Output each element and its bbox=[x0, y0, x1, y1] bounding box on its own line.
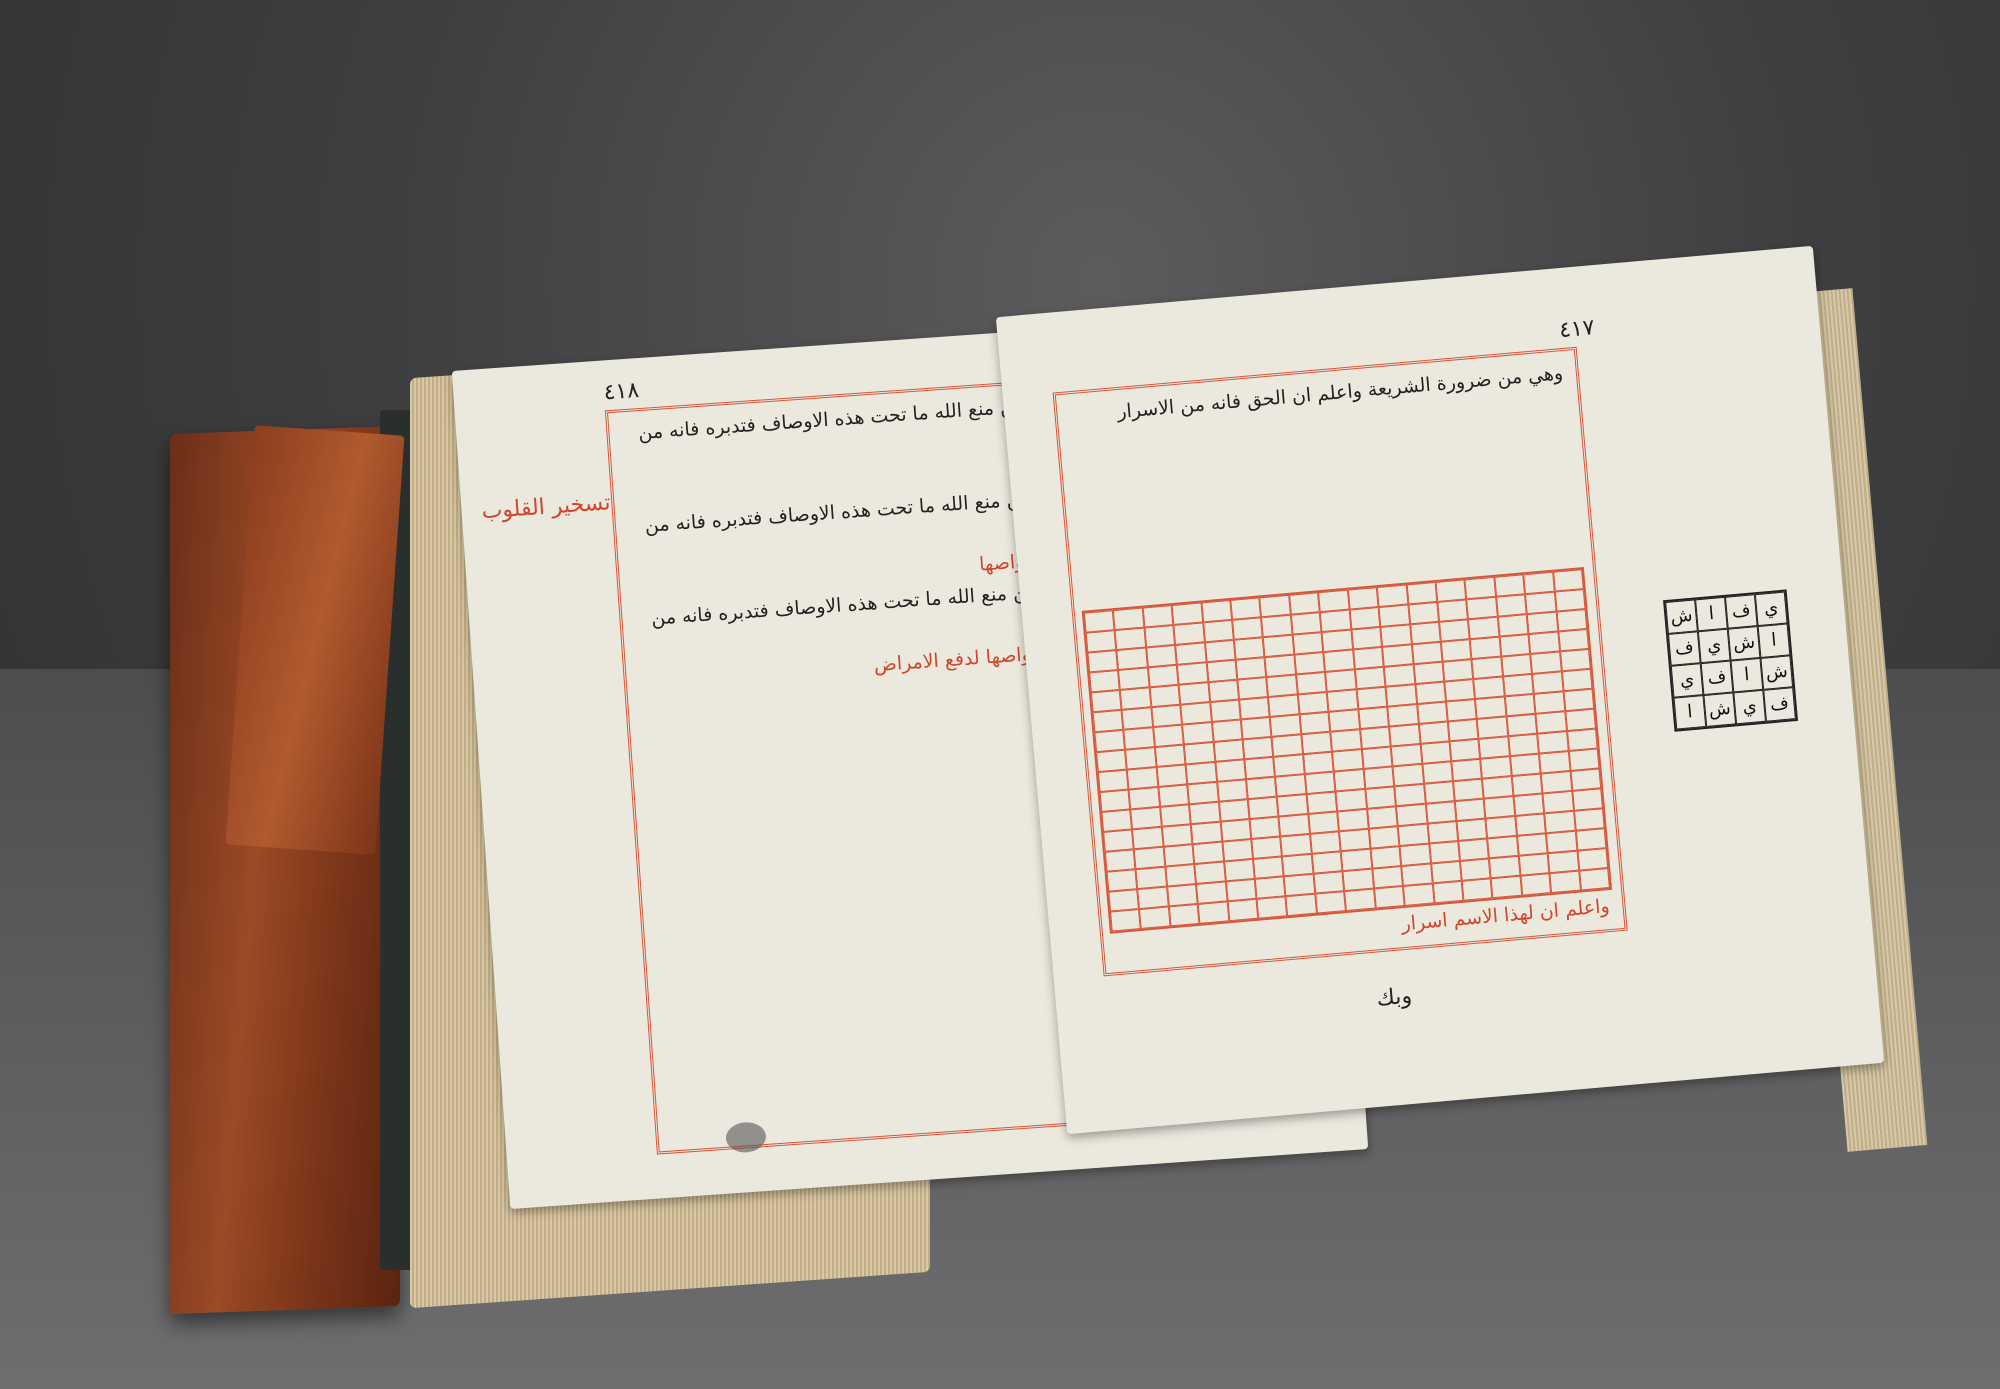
grid-cell bbox=[1131, 807, 1162, 829]
grid-cell bbox=[1224, 859, 1255, 881]
grid-cell bbox=[1086, 630, 1117, 652]
grid-cell bbox=[1239, 697, 1270, 719]
grid-cell bbox=[1482, 776, 1513, 798]
right-page: ٤١٧ وهي من ضرورة الشريعة واعلم ان الحق ف… bbox=[996, 246, 1884, 1134]
grid-cell bbox=[1215, 759, 1246, 781]
grid-cell bbox=[1175, 642, 1206, 664]
grid-cell bbox=[1292, 632, 1323, 654]
grid-cell bbox=[1358, 707, 1389, 729]
grid-cell bbox=[1568, 748, 1599, 770]
grid-cell bbox=[1177, 662, 1208, 684]
grid-cell bbox=[1527, 612, 1558, 634]
grid-cell bbox=[1398, 824, 1429, 846]
grid-cell bbox=[1107, 869, 1138, 891]
grid-cell bbox=[1374, 886, 1405, 908]
grid-cell bbox=[1508, 734, 1539, 756]
grid-cell bbox=[1565, 709, 1596, 731]
grid-cell bbox=[1343, 869, 1374, 891]
grid-cell bbox=[1367, 806, 1398, 828]
grid-cell bbox=[1151, 705, 1182, 727]
grid-cell bbox=[1105, 849, 1136, 871]
grid-cell bbox=[1339, 829, 1370, 851]
grid-cell bbox=[1400, 844, 1431, 866]
grid-cell bbox=[1529, 631, 1560, 653]
grid-cell bbox=[1413, 662, 1444, 684]
grid-cell bbox=[1189, 802, 1220, 824]
grid-cell bbox=[1127, 767, 1158, 789]
grid-cell bbox=[1289, 592, 1320, 614]
grid-cell bbox=[1122, 707, 1153, 729]
grid-cell bbox=[1520, 873, 1551, 895]
grid-cell bbox=[1320, 610, 1351, 632]
grid-cell bbox=[1270, 714, 1301, 736]
grid-cell bbox=[1118, 667, 1149, 689]
grid-cell bbox=[1274, 754, 1305, 776]
grid-cell bbox=[1113, 608, 1144, 630]
grid-cell bbox=[1349, 607, 1380, 629]
grid-cell bbox=[1191, 822, 1222, 844]
grid-cell bbox=[1560, 649, 1591, 671]
grid-cell bbox=[1506, 714, 1537, 736]
grid-cell bbox=[1498, 614, 1529, 636]
grid-cell bbox=[1377, 585, 1408, 607]
grid-cell bbox=[1360, 727, 1391, 749]
grid-cell bbox=[1382, 644, 1413, 666]
grid-cell bbox=[1393, 764, 1424, 786]
grid-cell bbox=[1537, 731, 1568, 753]
grid-cell bbox=[1232, 617, 1263, 639]
talismanic-grid bbox=[1082, 567, 1612, 934]
grid-cell bbox=[1255, 876, 1286, 898]
grid-cell bbox=[1548, 851, 1579, 873]
grid-cell bbox=[1248, 797, 1279, 819]
grid-cell bbox=[1236, 657, 1267, 679]
grid-cell bbox=[1491, 876, 1522, 898]
grid-cell bbox=[1246, 777, 1277, 799]
grid-cell bbox=[1243, 737, 1274, 759]
grid-cell bbox=[1444, 679, 1475, 701]
grid-cell bbox=[1244, 757, 1275, 779]
grid-cell bbox=[1156, 764, 1187, 786]
magic-square: ش ا ف ي ف ي ش ا ي ف ا ش ا ش ي ف bbox=[1663, 589, 1798, 731]
grid-cell bbox=[1437, 599, 1468, 621]
grid-cell bbox=[1525, 592, 1556, 614]
grid-cell bbox=[1222, 839, 1253, 861]
grid-cell bbox=[1163, 844, 1194, 866]
grid-cell bbox=[1313, 871, 1344, 893]
grid-cell bbox=[1370, 846, 1401, 868]
grid-cell bbox=[1110, 909, 1141, 931]
grid-cell bbox=[1219, 799, 1250, 821]
grid-cell bbox=[1534, 691, 1565, 713]
grid-cell bbox=[1230, 597, 1261, 619]
grid-cell bbox=[1558, 629, 1589, 651]
grid-cell bbox=[1510, 754, 1541, 776]
grid-cell bbox=[1474, 676, 1505, 698]
grid-cell bbox=[1472, 657, 1503, 679]
grid-cell bbox=[1212, 719, 1243, 741]
grid-cell bbox=[1479, 736, 1510, 758]
grid-cell bbox=[1353, 647, 1384, 669]
grid-cell bbox=[1125, 747, 1156, 769]
grid-cell bbox=[1108, 889, 1139, 911]
grid-cell bbox=[1577, 848, 1608, 870]
grid-cell bbox=[1096, 750, 1127, 772]
grid-cell bbox=[1570, 768, 1601, 790]
grid-cell bbox=[1148, 665, 1179, 687]
grid-cell bbox=[1389, 724, 1420, 746]
grid-cell bbox=[1496, 594, 1527, 616]
grid-cell bbox=[1174, 622, 1205, 644]
grid-cell bbox=[1468, 617, 1499, 639]
grid-cell bbox=[1250, 817, 1281, 839]
magic-cell: ش bbox=[1703, 692, 1736, 726]
grid-cell bbox=[1330, 729, 1361, 751]
grid-cell bbox=[1429, 841, 1460, 863]
grid-cell bbox=[1179, 682, 1210, 704]
grid-cell bbox=[1291, 612, 1322, 634]
grid-cell bbox=[1206, 660, 1237, 682]
grid-cell bbox=[1484, 796, 1515, 818]
grid-cell bbox=[1089, 670, 1120, 692]
grid-cell bbox=[1379, 604, 1410, 626]
grid-cell bbox=[1310, 831, 1341, 853]
grid-cell bbox=[1226, 879, 1257, 901]
grid-cell bbox=[1296, 672, 1327, 694]
grid-cell bbox=[1422, 761, 1453, 783]
grid-cell bbox=[1162, 824, 1193, 846]
grid-cell bbox=[1401, 863, 1432, 885]
grid-cell bbox=[1418, 721, 1449, 743]
grid-cell bbox=[1325, 669, 1356, 691]
grid-cell bbox=[1268, 694, 1299, 716]
magic-cell: ي bbox=[1698, 629, 1731, 663]
grid-cell bbox=[1298, 692, 1329, 714]
grid-cell bbox=[1094, 730, 1125, 752]
grid-cell bbox=[1208, 680, 1239, 702]
grid-cell bbox=[1301, 732, 1332, 754]
magic-cell: ا bbox=[1674, 695, 1707, 729]
grid-cell bbox=[1453, 779, 1484, 801]
grid-cell bbox=[1446, 699, 1477, 721]
grid-cell bbox=[1098, 770, 1129, 792]
grid-cell bbox=[1355, 667, 1386, 689]
catchword: وبك bbox=[1376, 984, 1413, 1012]
grid-cell bbox=[1417, 702, 1448, 724]
grid-cell bbox=[1411, 642, 1442, 664]
grid-cell bbox=[1181, 702, 1212, 724]
grid-cell bbox=[1160, 804, 1191, 826]
grid-cell bbox=[1155, 745, 1186, 767]
grid-cell bbox=[1513, 793, 1544, 815]
grid-cell bbox=[1441, 639, 1472, 661]
grid-cell bbox=[1251, 836, 1282, 858]
grid-cell bbox=[1369, 826, 1400, 848]
grid-cell bbox=[1431, 861, 1462, 883]
grid-cell bbox=[1091, 690, 1122, 712]
grid-cell bbox=[1322, 630, 1353, 652]
grid-cell bbox=[1563, 689, 1594, 711]
grid-cell bbox=[1117, 647, 1148, 669]
grid-cell bbox=[1410, 622, 1441, 644]
grid-cell bbox=[1456, 819, 1487, 841]
grid-cell bbox=[1396, 804, 1427, 826]
grid-cell bbox=[1084, 610, 1115, 632]
grid-cell bbox=[1348, 587, 1379, 609]
grid-cell bbox=[1363, 766, 1394, 788]
grid-cell bbox=[1515, 813, 1546, 835]
grid-cell bbox=[1241, 717, 1272, 739]
grid-cell bbox=[1567, 729, 1598, 751]
grid-cell bbox=[1448, 719, 1479, 741]
grid-cell bbox=[1144, 625, 1175, 647]
grid-cell bbox=[1387, 704, 1418, 726]
grid-cell bbox=[1460, 858, 1491, 880]
grid-cell bbox=[1372, 866, 1403, 888]
magic-cell: ي bbox=[1733, 690, 1766, 724]
grid-cell bbox=[1451, 759, 1482, 781]
grid-cell bbox=[1253, 856, 1284, 878]
grid-cell bbox=[1158, 784, 1189, 806]
grid-cell bbox=[1572, 788, 1603, 810]
grid-cell bbox=[1194, 861, 1225, 883]
grid-cell bbox=[1186, 762, 1217, 784]
grid-cell bbox=[1308, 811, 1339, 833]
grid-cell bbox=[1329, 709, 1360, 731]
grid-cell bbox=[1362, 746, 1393, 768]
grid-cell bbox=[1182, 722, 1213, 744]
grid-cell bbox=[1470, 637, 1501, 659]
grid-cell bbox=[1544, 811, 1575, 833]
grid-cell bbox=[1406, 582, 1437, 604]
grid-cell bbox=[1420, 741, 1451, 763]
grid-cell bbox=[1517, 833, 1548, 855]
grid-cell bbox=[1384, 664, 1415, 686]
grid-cell bbox=[1425, 801, 1456, 823]
grid-cell bbox=[1187, 782, 1218, 804]
magic-cell: ف bbox=[1668, 631, 1701, 665]
grid-cell bbox=[1217, 779, 1248, 801]
grid-cell bbox=[1275, 774, 1306, 796]
grid-cell bbox=[1167, 884, 1198, 906]
magic-cell: ا bbox=[1758, 623, 1791, 657]
grid-cell bbox=[1169, 904, 1200, 926]
grid-cell bbox=[1494, 574, 1525, 596]
grid-cell bbox=[1561, 669, 1592, 691]
grid-cell bbox=[1532, 671, 1563, 693]
grid-cell bbox=[1234, 637, 1265, 659]
magic-cell: ي bbox=[1671, 663, 1704, 697]
grid-cell bbox=[1312, 851, 1343, 873]
grid-cell bbox=[1101, 809, 1132, 831]
grid-cell bbox=[1265, 655, 1296, 677]
left-page-number: ٤١٨ bbox=[603, 378, 640, 405]
grid-cell bbox=[1260, 595, 1291, 617]
grid-cell bbox=[1257, 896, 1288, 918]
grid-cell bbox=[1220, 819, 1251, 841]
grid-cell bbox=[1554, 589, 1585, 611]
grid-cell bbox=[1391, 744, 1422, 766]
grid-cell bbox=[1138, 887, 1169, 909]
grid-cell bbox=[1332, 749, 1363, 771]
grid-cell bbox=[1336, 789, 1367, 811]
grid-cell bbox=[1305, 772, 1336, 794]
grid-cell bbox=[1351, 627, 1382, 649]
grid-cell bbox=[1284, 874, 1315, 896]
magic-cell: ي bbox=[1755, 592, 1788, 626]
grid-cell bbox=[1462, 878, 1493, 900]
grid-cell bbox=[1337, 809, 1368, 831]
grid-cell bbox=[1324, 649, 1355, 671]
grid-cell bbox=[1477, 716, 1508, 738]
grid-cell bbox=[1146, 645, 1177, 667]
magic-cell: ا bbox=[1731, 658, 1764, 692]
grid-cell bbox=[1365, 786, 1396, 808]
grid-cell bbox=[1132, 827, 1163, 849]
grid-cell bbox=[1210, 700, 1241, 722]
leather-flap bbox=[226, 425, 405, 854]
grid-cell bbox=[1541, 771, 1572, 793]
magic-cell: ش bbox=[1760, 655, 1793, 689]
grid-cell bbox=[1486, 816, 1517, 838]
grid-cell bbox=[1512, 774, 1543, 796]
grid-cell bbox=[1465, 577, 1496, 599]
grid-cell bbox=[1184, 742, 1215, 764]
grid-cell bbox=[1282, 854, 1313, 876]
grid-cell bbox=[1436, 579, 1467, 601]
grid-cell bbox=[1334, 769, 1365, 791]
grid-cell bbox=[1205, 640, 1236, 662]
grid-cell bbox=[1523, 572, 1554, 594]
grid-cell bbox=[1386, 684, 1417, 706]
grid-cell bbox=[1394, 784, 1425, 806]
grid-cell bbox=[1341, 849, 1372, 871]
grid-cell bbox=[1442, 659, 1473, 681]
grid-cell bbox=[1530, 651, 1561, 673]
grid-cell bbox=[1543, 791, 1574, 813]
manuscript-book: ٤١٨ وهي من منع الله ما تحت هذه الاوصاف ف… bbox=[150, 280, 1890, 1300]
grid-cell bbox=[1550, 871, 1581, 893]
grid-cell bbox=[1539, 751, 1570, 773]
grid-cell bbox=[1315, 891, 1346, 913]
grid-cell bbox=[1458, 838, 1489, 860]
magic-cell: ف bbox=[1763, 687, 1796, 721]
grid-cell bbox=[1356, 687, 1387, 709]
grid-cell bbox=[1237, 677, 1268, 699]
grid-cell bbox=[1455, 799, 1486, 821]
magic-cell: ف bbox=[1701, 661, 1734, 695]
right-page-number: ٤١٧ bbox=[1558, 315, 1595, 343]
magic-cell: ش bbox=[1665, 599, 1698, 633]
grid-cell bbox=[1318, 590, 1349, 612]
grid-cell bbox=[1134, 847, 1165, 869]
grid-cell bbox=[1344, 889, 1375, 911]
grid-cell bbox=[1100, 789, 1131, 811]
grid-cell bbox=[1467, 597, 1498, 619]
grid-cell bbox=[1129, 787, 1160, 809]
grid-cell bbox=[1505, 694, 1536, 716]
grid-cell bbox=[1499, 634, 1530, 656]
grid-cell bbox=[1574, 808, 1605, 830]
grid-cell bbox=[1143, 605, 1174, 627]
grid-cell bbox=[1518, 853, 1549, 875]
grid-cell bbox=[1136, 867, 1167, 889]
grid-cell bbox=[1203, 620, 1234, 642]
grid-cell bbox=[1120, 687, 1151, 709]
grid-cell bbox=[1149, 685, 1180, 707]
grid-cell bbox=[1579, 868, 1610, 890]
grid-cell bbox=[1286, 894, 1317, 916]
grid-cell bbox=[1546, 831, 1577, 853]
grid-cell bbox=[1103, 829, 1134, 851]
grid-cell bbox=[1277, 794, 1308, 816]
grid-cell bbox=[1503, 674, 1534, 696]
grid-cell bbox=[1480, 756, 1511, 778]
grid-cell bbox=[1153, 725, 1184, 747]
grid-cell bbox=[1196, 881, 1227, 903]
grid-cell bbox=[1198, 901, 1229, 923]
magic-cell: ف bbox=[1725, 594, 1758, 628]
grid-cell bbox=[1261, 615, 1292, 637]
grid-cell bbox=[1201, 600, 1232, 622]
grid-cell bbox=[1299, 712, 1330, 734]
grid-cell bbox=[1213, 739, 1244, 761]
grid-cell bbox=[1124, 727, 1155, 749]
grid-cell bbox=[1403, 883, 1434, 905]
grid-cell bbox=[1087, 650, 1118, 672]
grid-cell bbox=[1439, 619, 1470, 641]
grid-cell bbox=[1227, 899, 1258, 921]
grid-cell bbox=[1475, 696, 1506, 718]
grid-cell bbox=[1449, 739, 1480, 761]
grid-cell bbox=[1139, 906, 1170, 928]
grid-cell bbox=[1093, 710, 1124, 732]
grid-cell bbox=[1115, 628, 1146, 650]
grid-cell bbox=[1553, 569, 1584, 591]
grid-cell bbox=[1327, 689, 1358, 711]
grid-cell bbox=[1306, 791, 1337, 813]
grid-cell bbox=[1432, 881, 1463, 903]
grid-cell bbox=[1489, 856, 1520, 878]
grid-cell bbox=[1427, 821, 1458, 843]
grid-cell bbox=[1575, 828, 1606, 850]
grid-cell bbox=[1536, 711, 1567, 733]
grid-cell bbox=[1487, 836, 1518, 858]
grid-cell bbox=[1193, 842, 1224, 864]
grid-cell bbox=[1303, 752, 1334, 774]
magic-cell: ا bbox=[1695, 597, 1728, 631]
grid-cell bbox=[1172, 602, 1203, 624]
magic-cell: ش bbox=[1728, 626, 1761, 660]
grid-cell bbox=[1272, 734, 1303, 756]
grid-cell bbox=[1380, 624, 1411, 646]
grid-cell bbox=[1424, 781, 1455, 803]
grid-cell bbox=[1415, 682, 1446, 704]
grid-cell bbox=[1165, 864, 1196, 886]
grid-cell bbox=[1294, 652, 1325, 674]
grid-cell bbox=[1408, 602, 1439, 624]
margin-note: تسخير القلوب bbox=[481, 490, 611, 524]
grid-cell bbox=[1267, 674, 1298, 696]
grid-cell bbox=[1501, 654, 1532, 676]
grid-cell bbox=[1281, 834, 1312, 856]
grid-cell bbox=[1279, 814, 1310, 836]
grid-cell bbox=[1556, 609, 1587, 631]
grid-cell bbox=[1263, 635, 1294, 657]
